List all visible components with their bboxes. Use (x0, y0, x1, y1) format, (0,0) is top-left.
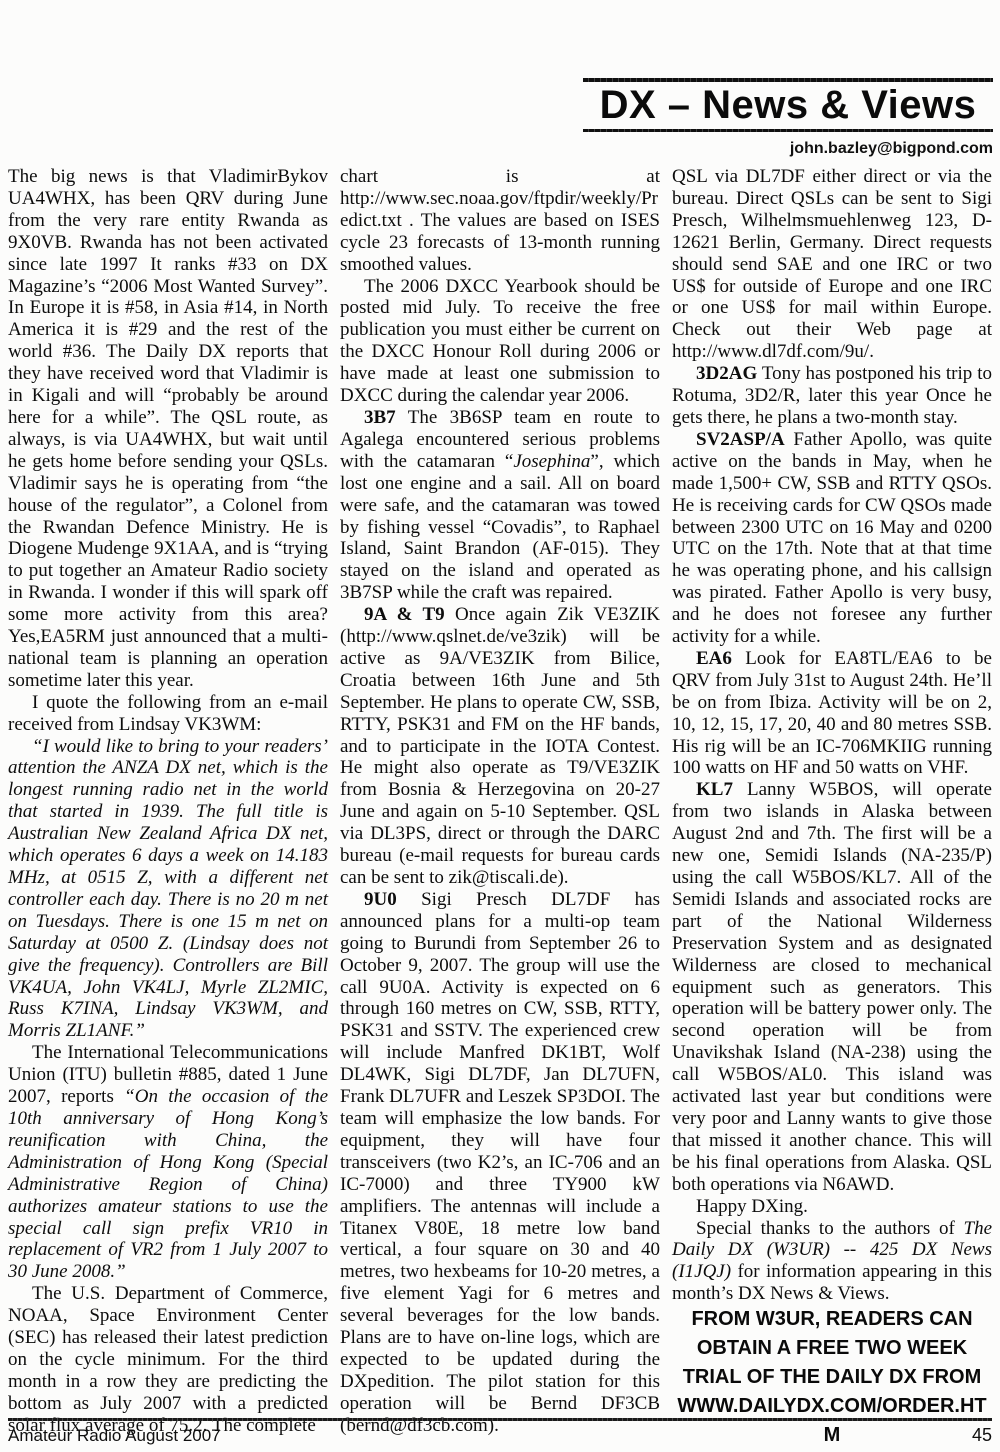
text-segment: Father Apollo, was quite active on the b… (672, 429, 992, 647)
contact-email: john.bazley@bigpond.com (583, 140, 993, 158)
text-segment: 9A & T9 (364, 604, 445, 625)
paragraph: The big news is that VladimirBykov UA4WH… (8, 166, 328, 692)
title-rule-bottom (583, 129, 993, 132)
promo-line: TRIAL OF THE DAILY DX FROM (672, 1363, 992, 1392)
text-segment: Special thanks to the authors of (696, 1218, 964, 1239)
paragraph: 3B7 The 3B6SP team en route to Agalega e… (340, 407, 660, 604)
paragraph: The 2006 DXCC Yearbook should be posted … (340, 276, 660, 407)
paragraph: 9A & T9 Once again Zik VE3ZIK (http://ww… (340, 604, 660, 889)
column-3: QSL via DL7DF either direct or via the b… (672, 166, 992, 1450)
text-segment: Sigi Presch DL7DF has announced plans fo… (340, 889, 660, 1436)
paragraph: QSL via DL7DF either direct or via the b… (672, 166, 992, 363)
promo-line: FROM W3UR, READERS CAN (672, 1305, 992, 1334)
text-segment: 3D2AG (696, 363, 757, 384)
article-masthead: DX – News & Views john.bazley@bigpond.co… (583, 78, 993, 158)
paragraph: 3D2AG Tony has postponed his trip to Rot… (672, 363, 992, 429)
paragraph: KL7 Lanny W5BOS, will operate from two i… (672, 779, 992, 1195)
text-segment: QSL via DL7DF either direct or via the b… (672, 166, 992, 362)
text-segment: EA6 (696, 648, 732, 669)
paragraph: The U.S. Department of Commerce, NOAA, S… (8, 1283, 328, 1436)
text-segment: Happy DXing. (696, 1196, 808, 1217)
paragraph: 9U0 Sigi Presch DL7DF has announced plan… (340, 889, 660, 1437)
text-segment: Once again Zik VE3ZIK (http://www.qslnet… (340, 604, 660, 888)
paragraph: chart is at http://www.sec.noaa.gov/ftpd… (340, 166, 660, 276)
column-1: The big news is that VladimirBykov UA4WH… (8, 166, 328, 1450)
text-segment: “I would like to bring to your readers’ … (8, 736, 328, 1042)
page-number: 45 (972, 1425, 992, 1446)
text-segment: I quote the following from an e-mail rec… (8, 692, 328, 735)
text-segment: The 2006 DXCC Yearbook should be posted … (340, 276, 660, 407)
page-title: DX – News & Views (583, 85, 993, 125)
paragraph: The International Telecommunications Uni… (8, 1042, 328, 1283)
text-segment: 3B7 (364, 407, 396, 428)
paragraph: I quote the following from an e-mail rec… (8, 692, 328, 736)
article-body: The big news is that VladimirBykov UA4WH… (8, 166, 992, 1450)
text-segment: KL7 (696, 779, 733, 800)
footer-rule (8, 1418, 992, 1421)
promo-line: OBTAIN A FREE TWO WEEK (672, 1334, 992, 1363)
page-footer: Amateur Radio August 2007 45 (8, 1418, 992, 1446)
column-2: chart is at http://www.sec.noaa.gov/ftpd… (340, 166, 660, 1450)
paragraph: Happy DXing. (672, 1196, 992, 1218)
text-segment: ”, which lost one engine and a sail. All… (340, 451, 660, 603)
paragraph: EA6 Look for EA8TL/EA6 to be QRV from Ju… (672, 648, 992, 779)
footer-row: Amateur Radio August 2007 45 (8, 1425, 992, 1446)
title-rule-top (583, 78, 993, 82)
text-segment: “On the occasion of the 10th anniversary… (8, 1086, 328, 1282)
text-segment: 9U0 (364, 889, 397, 910)
paragraph: “I would like to bring to your readers’ … (8, 736, 328, 1043)
magazine-page: DX – News & Views john.bazley@bigpond.co… (0, 0, 1000, 1452)
text-segment: Josephina (513, 451, 590, 472)
paragraph: SV2ASP/A Father Apollo, was quite active… (672, 429, 992, 648)
text-segment: SV2ASP/A (696, 429, 785, 450)
paragraph: Special thanks to the authors of The Dai… (672, 1218, 992, 1306)
text-segment: Lanny W5BOS, will operate from two islan… (672, 779, 992, 1194)
text-segment: chart is at http://www.sec.noaa.gov/ftpd… (340, 166, 660, 275)
text-segment: The big news is that VladimirBykov UA4WH… (8, 166, 328, 691)
journal-name: Amateur Radio August 2007 (8, 1426, 221, 1446)
text-segment: The U.S. Department of Commerce, NOAA, S… (8, 1283, 328, 1435)
